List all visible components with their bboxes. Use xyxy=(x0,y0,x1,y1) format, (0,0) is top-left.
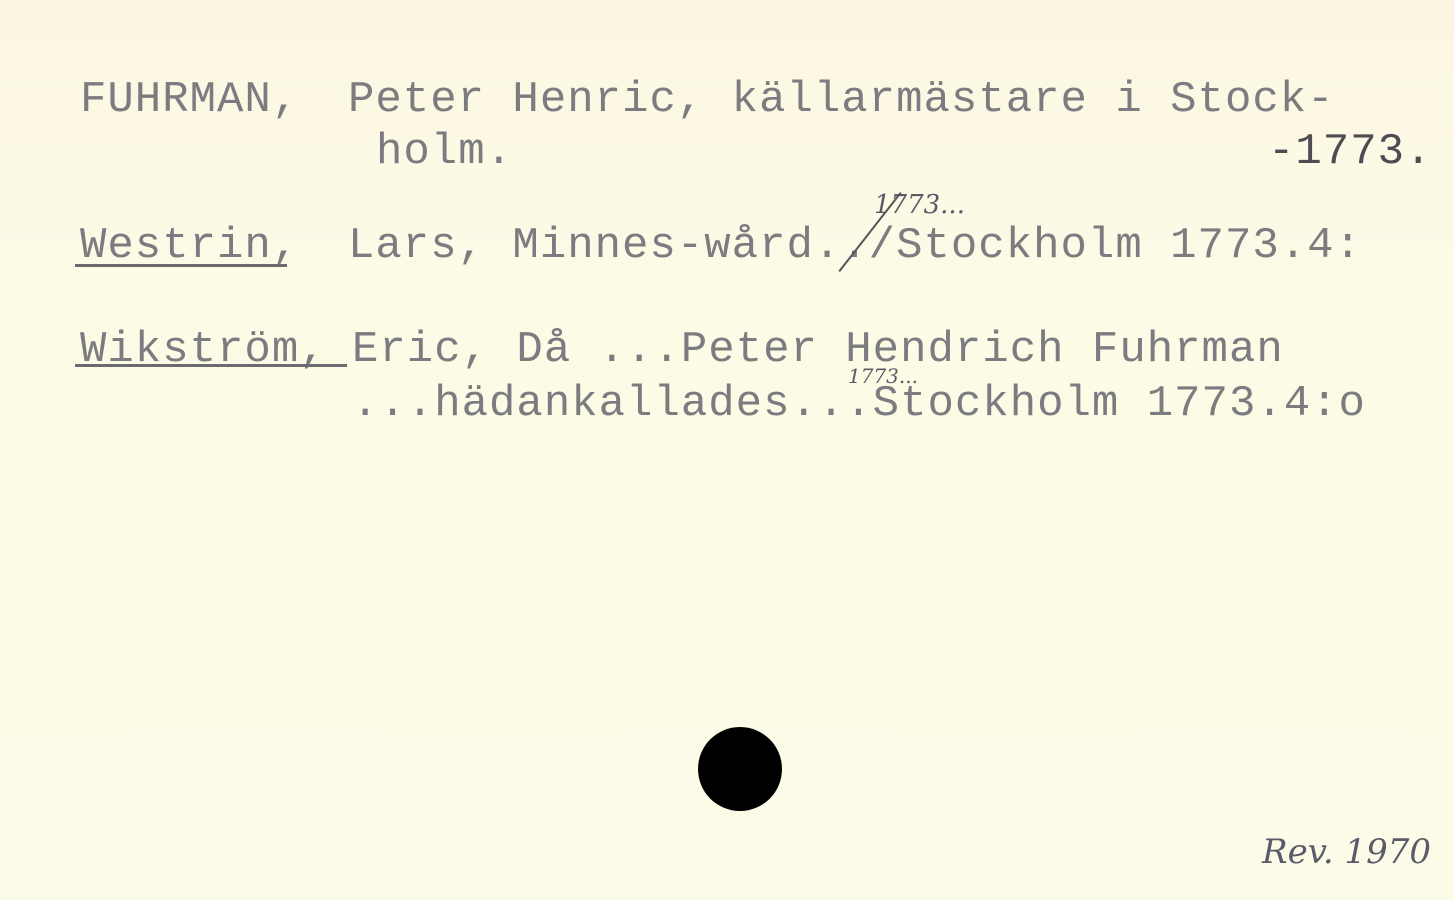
entry-1-line2: holm. xyxy=(376,130,513,174)
index-card: FUHRMAN, Peter Henric, källarmästare i S… xyxy=(0,0,1454,900)
entry-2-underline xyxy=(75,264,287,267)
punch-hole xyxy=(698,727,782,811)
entry-2-text: Lars, Minnes-wård../Stockholm 1773.4: xyxy=(348,224,1362,268)
entry-2-heading: Westrin, xyxy=(80,224,299,268)
entry-1-date: -1773. xyxy=(1268,130,1432,174)
entry-3-line2: ...hädankallades...Stockholm 1773.4:o xyxy=(352,382,1366,426)
revision-note: Rev. 1970 xyxy=(1262,832,1431,872)
entry-1-heading: FUHRMAN, xyxy=(80,78,299,122)
entry-2-handwritten-annotation: 1773... xyxy=(874,190,965,220)
entry-3-handwritten-annotation: 1773... xyxy=(848,364,918,388)
entry-1-line1: Peter Henric, källarmästare i Stock- xyxy=(348,78,1335,122)
entry-3-line1: Eric, Då ...Peter Hendrich Fuhrman xyxy=(352,328,1284,372)
entry-3-underline xyxy=(75,364,347,367)
